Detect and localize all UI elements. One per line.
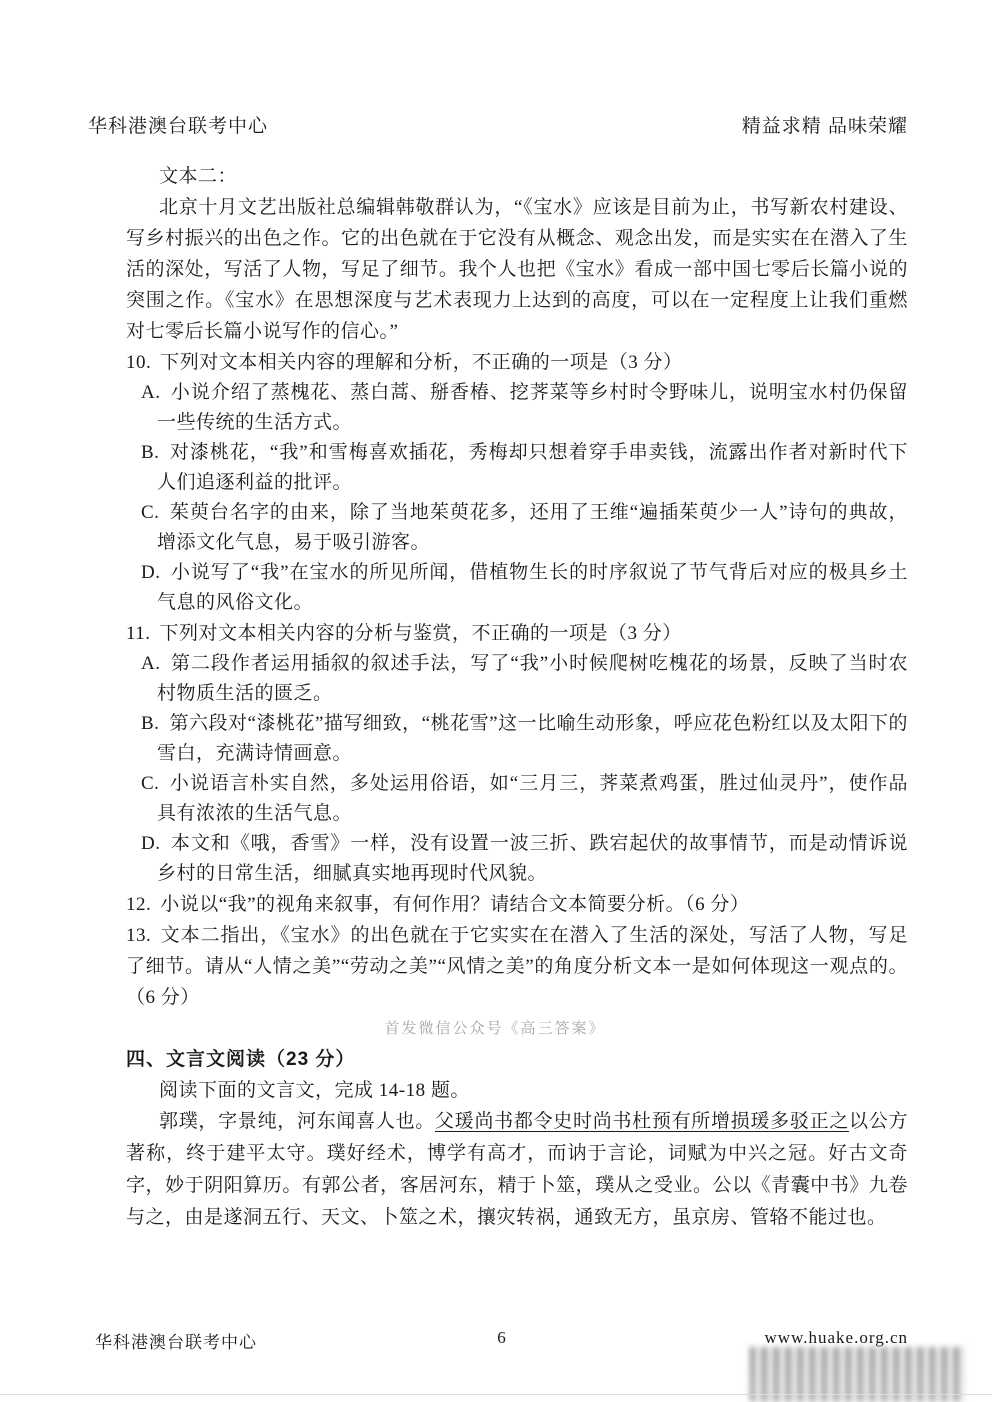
question-10-stem: 下列对文本相关内容的理解和分析，不正确的一项是（3 分） xyxy=(160,352,682,373)
question-11: 11.下列对文本相关内容的分析与鉴赏，不正确的一项是（3 分） xyxy=(126,618,908,649)
question-12-stem: 小说以“我”的视角来叙事，有何作用？请结合文本简要分析。（6 分） xyxy=(160,894,749,915)
option-text: 小说语言朴实自然，多处运用俗语，如“三月三，荠菜煮鸡蛋，胜过仙灵丹”，使作品具有… xyxy=(157,773,908,824)
question-13-number: 13. xyxy=(126,925,160,946)
header-org-name: 华科港澳台联考中心 xyxy=(88,111,268,138)
section4-heading: 四、文言文阅读（23 分） xyxy=(126,1044,908,1075)
section4-intro: 阅读下面的文言文，完成 14-18 题。 xyxy=(126,1075,908,1106)
text2-paragraph: 北京十月文艺出版社总编辑韩敬群认为，“《宝水》应该是目前为止，书写新农村建设、写… xyxy=(126,192,908,347)
option-text: 第二段作者运用插叙的叙述手法，写了“我”小时候爬树吃槐花的场景，反映了当时农村物… xyxy=(157,653,908,704)
option-text: 茱萸台名字的由来，除了当地茱萸花多，还用了王维“遍插茱萸少一人”诗句的典故，增添… xyxy=(157,502,908,553)
question-10-option-a: A.小说介绍了蒸槐花、蒸白蒿、掰香椿、挖荠菜等乡村时令野味儿，说明宝水村仍保留一… xyxy=(126,378,908,438)
text2-label: 文本二： xyxy=(126,161,908,192)
option-label: A. xyxy=(141,382,170,403)
question-11-option-a: A.第二段作者运用插叙的叙述手法，写了“我”小时候爬树吃槐花的场景，反映了当时农… xyxy=(126,649,908,709)
option-label: B. xyxy=(141,442,169,463)
passage-underlined-segment: 父瑗尚书都令史时尚书杜预有所增损瑗多驳正之 xyxy=(435,1111,849,1132)
question-11-option-d: D.本文和《哦，香雪》一样，没有设置一波三折、跌宕起伏的故事情节，而是动情诉说乡… xyxy=(126,829,908,889)
question-10: 10.下列对文本相关内容的理解和分析，不正确的一项是（3 分） xyxy=(126,347,908,378)
question-10-option-c: C.茱萸台名字的由来，除了当地茱萸花多，还用了王维“遍插茱萸少一人”诗句的典故，… xyxy=(126,498,908,558)
question-10-option-d: D.小说写了“我”在宝水的所见所闻，借植物生长的时序叙说了节气背后对应的极具乡土… xyxy=(126,558,908,618)
option-text: 本文和《哦，香雪》一样，没有设置一波三折、跌宕起伏的故事情节，而是动情诉说乡村的… xyxy=(157,833,908,884)
question-10-number: 10. xyxy=(126,352,160,373)
passage-pre: 郭璞，字景纯，河东闻喜人也。 xyxy=(159,1111,435,1132)
watermark-text: 首发微信公众号《高三答案》 xyxy=(104,1013,886,1044)
question-13: 13.文本二指出，《宝水》的出色就在于它实实在在潜入了生活的深处，写活了人物，写… xyxy=(126,920,908,1013)
option-text: 小说写了“我”在宝水的所见所闻，借植物生长的时序叙说了节气背后对应的极具乡土气息… xyxy=(157,562,908,613)
option-label: C. xyxy=(141,502,169,523)
question-11-number: 11. xyxy=(126,623,160,644)
question-11-stem: 下列对文本相关内容的分析与鉴赏，不正确的一项是（3 分） xyxy=(160,623,682,644)
question-11-option-b: B.第六段对“漆桃花”描写细致，“桃花雪”这一比喻生动形象，呼应花色粉红以及太阳… xyxy=(126,709,908,769)
question-10-option-b: B.对漆桃花，“我”和雪梅喜欢插花，秀梅却只想着穿手串卖钱，流露出作者对新时代下… xyxy=(126,438,908,498)
question-11-option-c: C.小说语言朴实自然，多处运用俗语，如“三月三，荠菜煮鸡蛋，胜过仙灵丹”，使作品… xyxy=(126,769,908,829)
question-13-stem: 文本二指出，《宝水》的出色就在于它实实在在潜入了生活的深处，写活了人物，写足了细… xyxy=(126,925,908,1008)
exam-page: 华科港澳台联考中心 精益求精 品味荣耀 文本二： 北京十月文艺出版社总编辑韩敬群… xyxy=(0,0,992,1402)
question-12: 12.小说以“我”的视角来叙事，有何作用？请结合文本简要分析。（6 分） xyxy=(126,889,908,920)
page-header: 华科港澳台联考中心 精益求精 品味荣耀 xyxy=(88,111,908,138)
footer-url: www.huake.org.cn xyxy=(765,1328,908,1348)
option-label: D. xyxy=(141,562,170,583)
scan-edge-line xyxy=(0,1394,992,1395)
question-12-number: 12. xyxy=(126,894,160,915)
option-text: 对漆桃花，“我”和雪梅喜欢插花，秀梅却只想着穿手串卖钱，流露出作者对新时代下人们… xyxy=(157,442,908,493)
header-motto: 精益求精 品味荣耀 xyxy=(742,111,908,138)
option-label: C. xyxy=(141,773,169,794)
option-label: D. xyxy=(141,833,170,854)
option-label: B. xyxy=(141,713,169,734)
option-text: 第六段对“漆桃花”描写细致，“桃花雪”这一比喻生动形象，呼应花色粉红以及太阳下的… xyxy=(157,713,908,764)
option-text: 小说介绍了蒸槐花、蒸白蒿、掰香椿、挖荠菜等乡村时令野味儿，说明宝水村仍保留一些传… xyxy=(157,382,908,433)
page-content: 文本二： 北京十月文艺出版社总编辑韩敬群认为，“《宝水》应该是目前为止，书写新农… xyxy=(126,161,908,1234)
option-label: A. xyxy=(141,653,170,674)
classical-passage: 郭璞，字景纯，河东闻喜人也。父瑗尚书都令史时尚书杜预有所增损瑗多驳正之以公方著称… xyxy=(126,1106,908,1234)
